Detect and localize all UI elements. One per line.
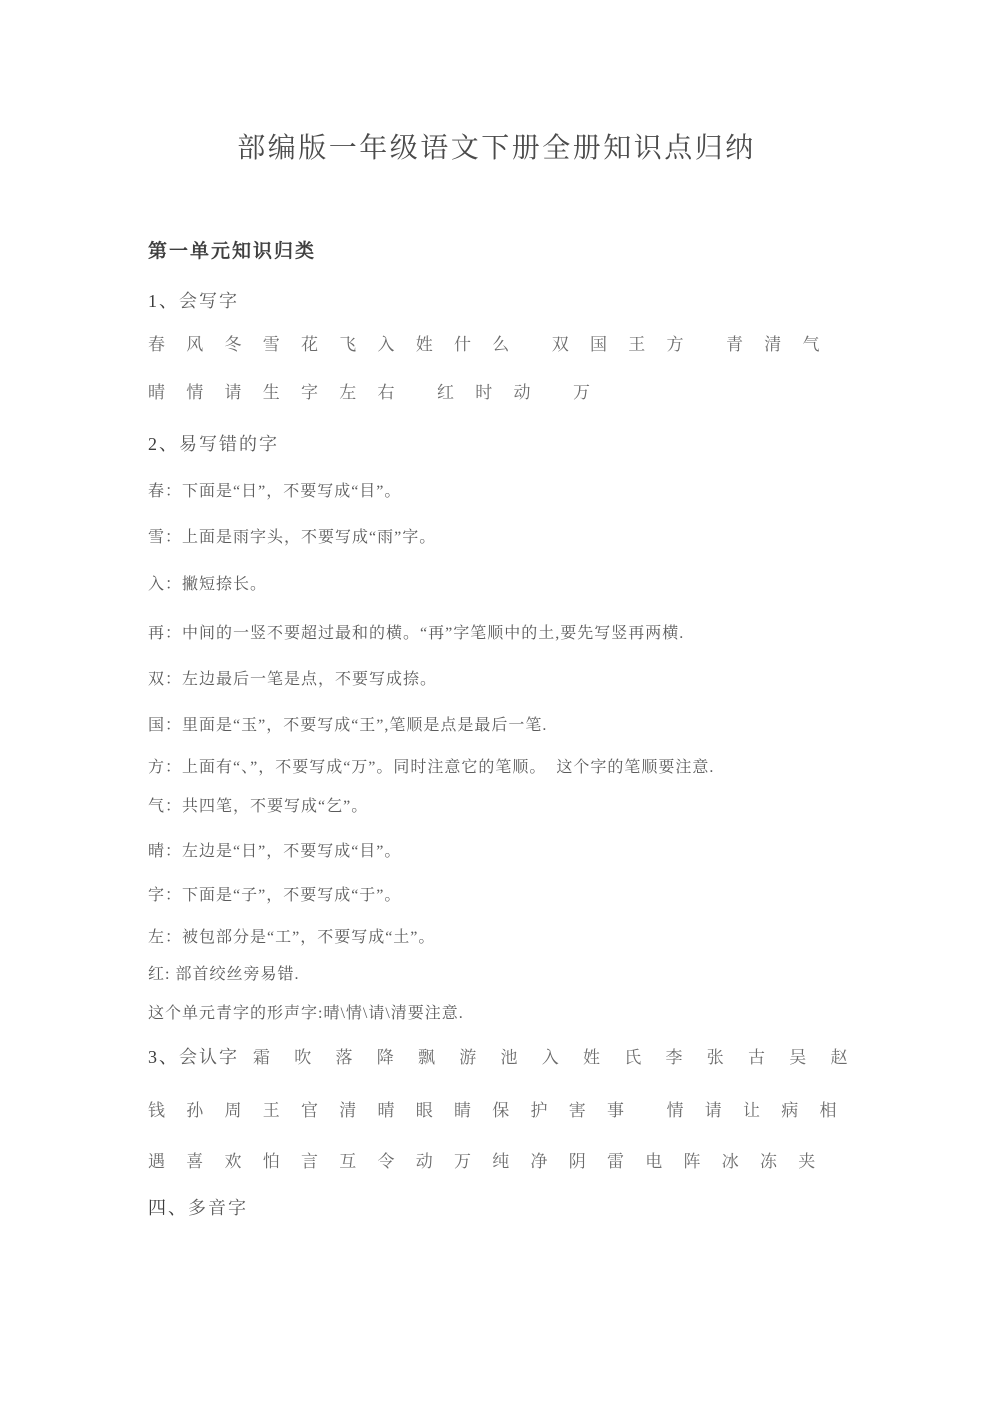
write-chars-row-2: 晴 情 请 生 字 左 右 红 时 动 万 — [148, 378, 590, 403]
item-label-polyphonic-chars: 多音字 — [188, 1198, 248, 1218]
section-heading: 第一单元知识归类 — [148, 236, 316, 263]
note-qing: 晴：左边是“日”，不要写成“目”。 — [148, 838, 401, 861]
list-item-error-prone-chars: 2、易写错的字 — [148, 430, 279, 456]
note-zuo: 左：被包部分是“工”，不要写成“土”。 — [148, 924, 435, 947]
document-page: 部编版一年级语文下册全册知识点归纳 第一单元知识归类 1、会写字 春 风 冬 雪… — [0, 0, 993, 1404]
note-fang: 方：上面有“、”，不要写成“万”。同时注意它的笔顺。 这个字的笔顺要注意. — [148, 754, 714, 777]
recognize-chars-row-3: 遇 喜 欢 怕 言 互 令 动 万 纯 净 阴 雷 电 阵 冰 冻 夹 — [148, 1147, 815, 1172]
note-zi: 字：下面是“子”，不要写成“于”。 — [148, 882, 401, 905]
note-xue: 雪：上面是雨字头，不要写成“雨”字。 — [148, 524, 436, 547]
item-number-3: 3、 — [148, 1047, 179, 1067]
list-item-write-chars: 1、会写字 — [148, 287, 239, 313]
note-hong: 红: 部首绞丝旁易错. — [148, 961, 299, 984]
document-title: 部编版一年级语文下册全册知识点归纳 — [0, 126, 993, 166]
list-item-recognize-chars: 3、会认字霜 吹 落 降 飘 游 池 入 姓 氏 李 张 古 吴 赵 — [148, 1043, 848, 1069]
note-shuang: 双：左边最后一笔是点，不要写成捺。 — [148, 666, 437, 689]
item-number-4: 四、 — [148, 1198, 188, 1218]
note-phonogram: 这个单元青字的形声字:晴\情\请\清要注意. — [148, 1000, 464, 1023]
item-label-recognize-chars: 会认字 — [179, 1047, 239, 1067]
item-label-error-prone-chars: 易写错的字 — [179, 434, 279, 454]
item-number-1: 1、 — [148, 291, 179, 311]
recognize-chars-row-1: 霜 吹 落 降 飘 游 池 入 姓 氏 李 张 古 吴 赵 — [253, 1048, 848, 1067]
item-label-write-chars: 会写字 — [179, 291, 239, 311]
item-number-2: 2、 — [148, 434, 179, 454]
note-zai: 再：中间的一竖不要超过最和的横。“再”字笔顺中的土,要先写竖再两横. — [148, 620, 684, 643]
note-chun: 春：下面是“日”，不要写成“目”。 — [148, 478, 401, 501]
list-item-polyphonic-chars: 四、多音字 — [148, 1194, 248, 1220]
write-chars-row-1: 春 风 冬 雪 花 飞 入 姓 什 么 双 国 王 方 青 清 气 — [148, 330, 820, 355]
recognize-chars-row-2: 钱 孙 周 王 官 清 晴 眼 睛 保 护 害 事 情 请 让 病 相 — [148, 1096, 837, 1121]
note-qi: 气：共四笔，不要写成“乞”。 — [148, 793, 368, 816]
note-guo: 国：里面是“玉”，不要写成“王”,笔顺是点是最后一笔. — [148, 712, 547, 735]
note-ru: 入：撇短捺长。 — [148, 571, 267, 594]
